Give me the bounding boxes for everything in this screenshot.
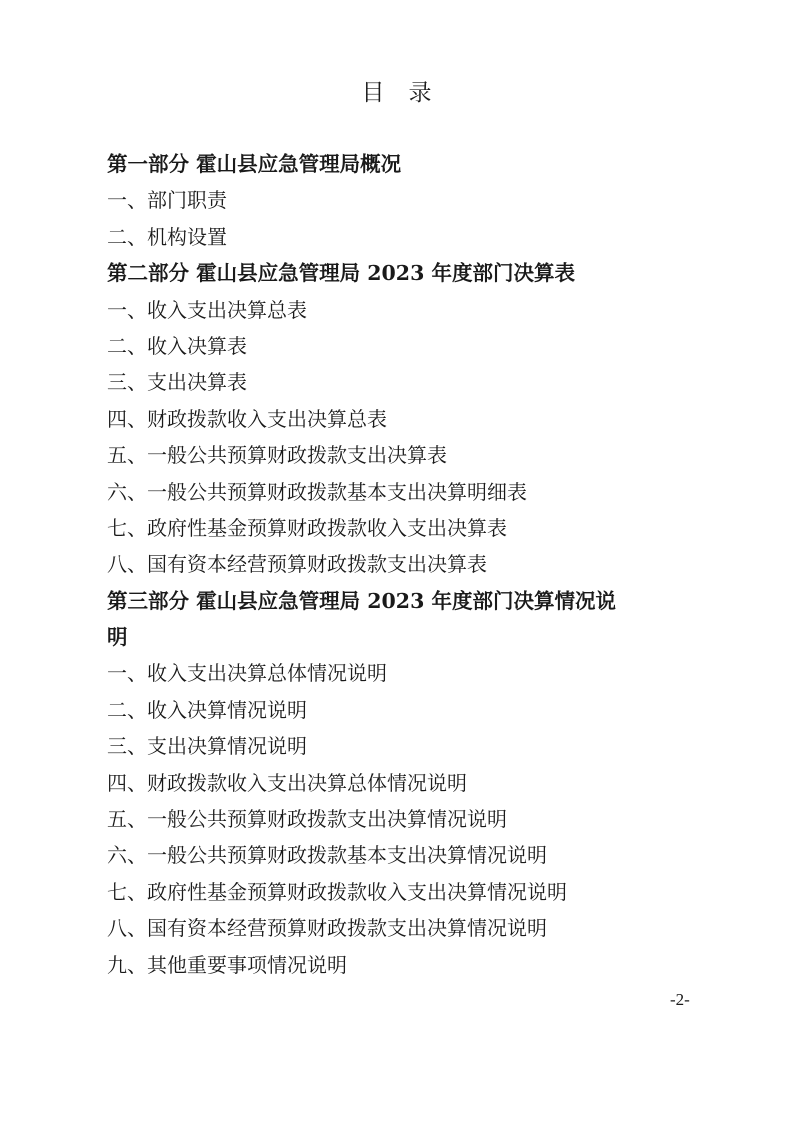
toc-item: 八、国有资本经营预算财政拨款支出决算表 (107, 546, 707, 582)
toc-part-2: 第二部分 霍山县应急管理局 2023 年度部门决算表 (107, 255, 707, 291)
toc-item: 一、收入支出决算总表 (107, 292, 707, 328)
toc-item: 五、一般公共预算财政拨款支出决算情况说明 (107, 801, 707, 837)
toc-item: 四、财政拨款收入支出决算总体情况说明 (107, 765, 707, 801)
toc-item: 七、政府性基金预算财政拨款收入支出决算表 (107, 510, 707, 546)
toc-item: 六、一般公共预算财政拨款基本支出决算明细表 (107, 474, 707, 510)
page-title: 目录 (0, 74, 793, 107)
toc-item: 二、收入决算表 (107, 328, 707, 364)
toc-item: 一、部门职责 (107, 182, 707, 218)
toc-item: 七、政府性基金预算财政拨款收入支出决算情况说明 (107, 874, 707, 910)
toc-item: 二、机构设置 (107, 219, 707, 255)
toc-item: 四、财政拨款收入支出决算总表 (107, 401, 707, 437)
title-char-2: 录 (409, 80, 432, 106)
toc-part-3-continued: 明 (107, 619, 707, 655)
title-char-1: 目 (362, 80, 385, 106)
toc-item: 九、其他重要事项情况说明 (107, 947, 707, 983)
toc-item: 三、支出决算表 (107, 364, 707, 400)
toc-part-1: 第一部分 霍山县应急管理局概况 (107, 146, 707, 182)
toc-item: 五、一般公共预算财政拨款支出决算表 (107, 437, 707, 473)
toc-item: 三、支出决算情况说明 (107, 728, 707, 764)
table-of-contents: 第一部分 霍山县应急管理局概况 一、部门职责 二、机构设置 第二部分 霍山县应急… (107, 146, 707, 983)
toc-part-3: 第三部分 霍山县应急管理局 2023 年度部门决算情况说 (107, 583, 707, 619)
toc-item: 二、收入决算情况说明 (107, 692, 707, 728)
toc-item: 八、国有资本经营预算财政拨款支出决算情况说明 (107, 910, 707, 946)
toc-item: 六、一般公共预算财政拨款基本支出决算情况说明 (107, 837, 707, 873)
toc-item: 一、收入支出决算总体情况说明 (107, 655, 707, 691)
page-number: -2- (670, 990, 690, 1010)
